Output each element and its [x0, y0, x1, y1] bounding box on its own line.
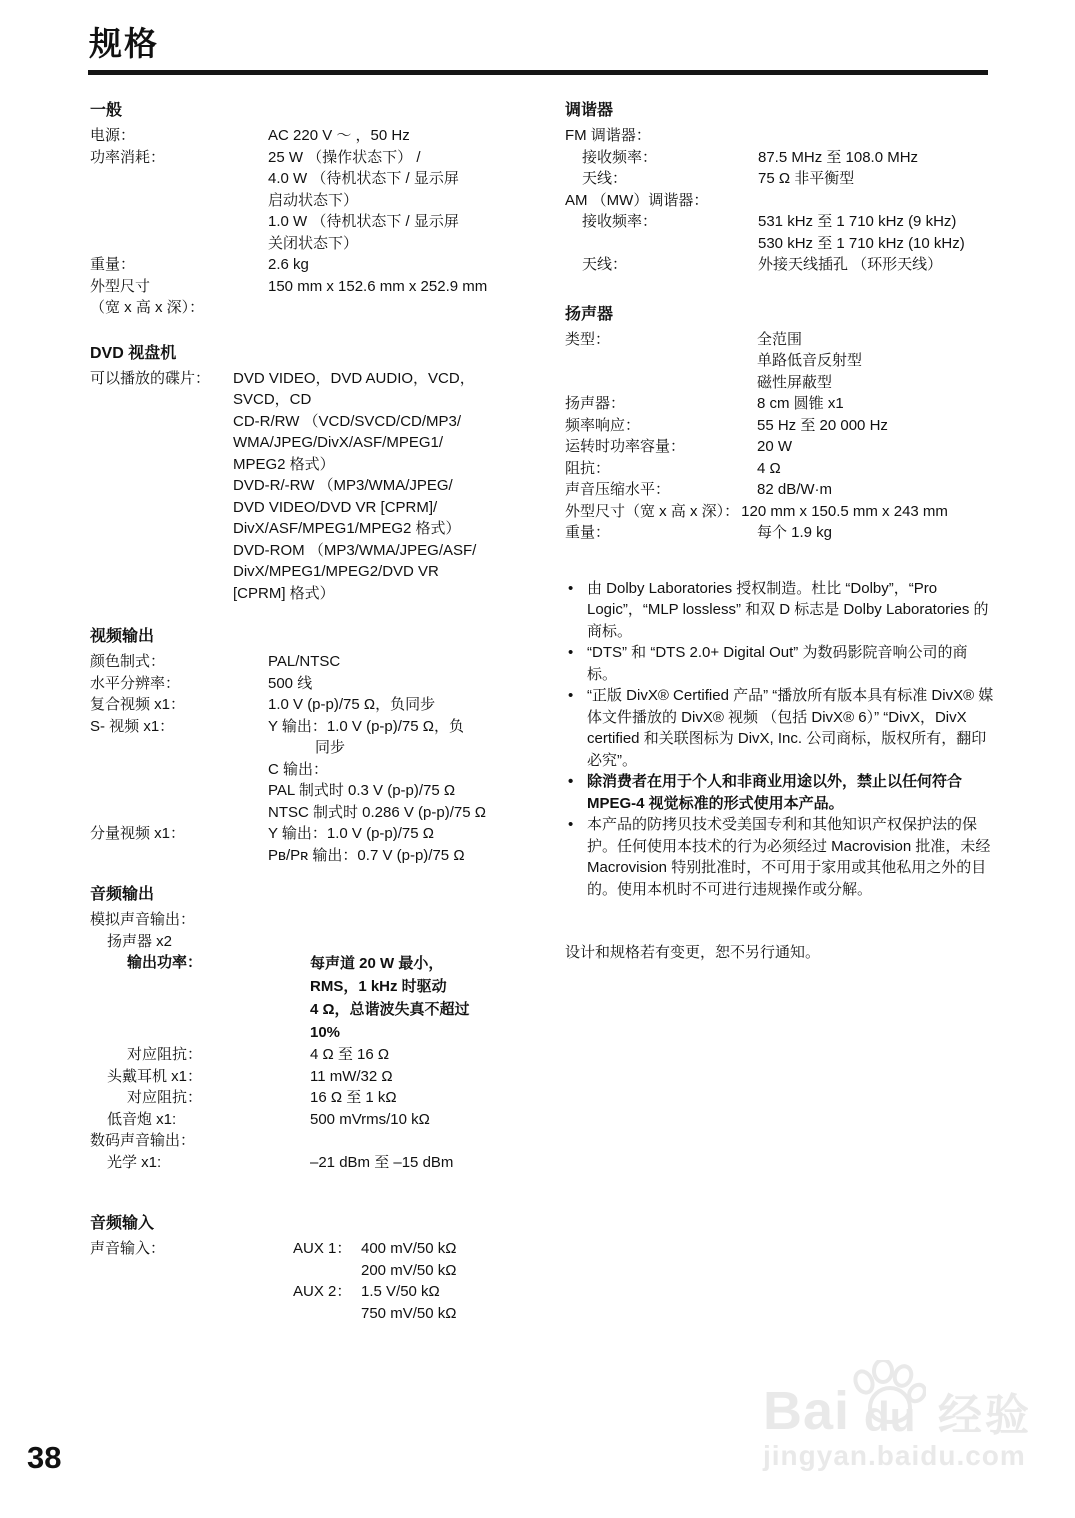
spec-value: DVD VIDEO，DVD AUDIO，VCD， SVCD，CD CD-R/RW… — [233, 368, 516, 605]
spec-value: 75 Ω 非平衡型 — [758, 168, 997, 190]
spec-label: 天线： — [565, 168, 758, 190]
spec-row: 输出功率： 每声道 20 W 最小， RMS，1 kHz 时驱动 4 Ω，总谐波… — [90, 952, 516, 1044]
aux-name: AUX 1： — [293, 1238, 361, 1260]
spec-label: AM （MW）调谐器： — [565, 190, 758, 212]
spec-row: 复合视频 x1： 1.0 V (p-p)/75 Ω，负同步 — [90, 694, 516, 716]
right-column: 调谐器 FM 调谐器： 接收频率： 87.5 MHz 至 108.0 MHz 天… — [565, 100, 997, 964]
spec-row: 天线： 75 Ω 非平衡型 — [565, 168, 997, 190]
spec-row: 扬声器： 8 cm 圆锥 x1 — [565, 393, 997, 415]
spec-label: 光学 x1: — [90, 1152, 310, 1174]
spec-label: S- 视频 x1： — [90, 716, 268, 738]
section-general: 一般 电源： AC 220 V ～ ，50 Hz 功率消耗： 25 W （操作状… — [90, 100, 516, 319]
spec-value: 4 Ω 至 16 Ω — [310, 1044, 516, 1066]
spec-row: FM 调谐器： — [565, 125, 997, 147]
spec-row: 数码声音输出： — [90, 1130, 516, 1152]
spec-label: 对应阻抗： — [90, 1087, 310, 1109]
spec-label: 数码声音输出： — [90, 1130, 310, 1152]
spec-row: 声音输入： AUX 1： 400 mV/50 kΩ 200 mV/50 kΩ A… — [90, 1238, 516, 1324]
spec-row: 对应阻抗： 16 Ω 至 1 kΩ — [90, 1087, 516, 1109]
spec-label: 频率响应： — [565, 415, 757, 437]
manual-page: 规格 一般 电源： AC 220 V ～ ，50 Hz 功率消耗： 25 W （… — [0, 0, 1075, 1518]
spec-value: 11 mW/32 Ω — [310, 1066, 516, 1088]
note-dolby: 由 Dolby Laboratories 授权制造。杜比 “Dolby”，“Pr… — [565, 578, 997, 643]
spec-value: AUX 1： 400 mV/50 kΩ 200 mV/50 kΩ AUX 2： … — [293, 1238, 516, 1324]
section-audio-output: 音频输出 模拟声音输出： 扬声器 x2 输出功率： 每声道 20 W 最小， R… — [90, 884, 516, 1173]
spec-row: 对应阻抗： 4 Ω 至 16 Ω — [90, 1044, 516, 1066]
spec-label: 类型： — [565, 329, 757, 351]
spec-row: 天线： 外接天线插孔 （环形天线） — [565, 254, 997, 276]
section-heading: 音频输出 — [90, 884, 516, 906]
watermark-url: jingyan.baidu.com — [763, 1445, 1032, 1467]
spec-value: 20 W — [757, 436, 997, 458]
spec-label: 头戴耳机 x1： — [90, 1066, 310, 1088]
note-mpeg4: 除消费者在用于个人和非商业用途以外，禁止以任何符合 MPEG-4 视觉标准的形式… — [565, 771, 997, 814]
spec-row: 模拟声音输出： — [90, 909, 516, 931]
spec-row: 颜色制式： PAL/NTSC — [90, 651, 516, 673]
spec-label: 分量视频 x1： — [90, 823, 268, 845]
spec-value: 外接天线插孔 （环形天线） — [758, 254, 997, 276]
spec-value: 120 mm x 150.5 mm x 243 mm — [741, 501, 997, 523]
section-heading: 音频输入 — [90, 1213, 516, 1235]
spec-label: 重量： — [565, 522, 757, 544]
baidu-jingyan-watermark: Bai du 经验 jingyan.baidu.com — [763, 1364, 1032, 1467]
spec-label: 阻抗： — [565, 458, 757, 480]
spec-label: 重量： — [90, 254, 268, 276]
spec-value: 每声道 20 W 最小， RMS，1 kHz 时驱动 4 Ω，总谐波失真不超过 … — [310, 952, 516, 1044]
spec-value: 1.0 V (p-p)/75 Ω，负同步 — [268, 694, 516, 716]
spec-label: 声音压缩水平： — [565, 479, 757, 501]
spec-row: 重量： 每个 1.9 kg — [565, 522, 997, 544]
spec-row: S- 视频 x1： Y 输出：1.0 V (p-p)/75 Ω，负 同步 C 输… — [90, 716, 516, 824]
spec-label: 扬声器 x2 — [90, 931, 310, 953]
section-video-output: 视频输出 颜色制式： PAL/NTSC 水平分辨率： 500 线 复合视频 x1… — [90, 626, 516, 866]
spec-value: Y 输出：1.0 V (p-p)/75 Ω Pʙ/Pʀ 输出：0.7 V (p-… — [268, 823, 516, 866]
spec-label: 运转时功率容量： — [565, 436, 757, 458]
spec-row: 光学 x1: –21 dBm 至 –15 dBm — [90, 1152, 516, 1174]
spec-value: 531 kHz 至 1 710 kHz (9 kHz) 530 kHz 至 1 … — [758, 211, 997, 254]
section-heading: DVD 视盘机 — [90, 343, 516, 365]
aux-row: AUX 1： 400 mV/50 kΩ 200 mV/50 kΩ — [293, 1238, 516, 1281]
spec-value: 25 W （操作状态下） / 4.0 W （待机状态下 / 显示屏 启动状态下）… — [268, 147, 516, 255]
watermark-brand-du: du — [864, 1396, 915, 1438]
spec-label: 声音输入： — [90, 1238, 293, 1260]
page-title: 规格 — [89, 24, 159, 64]
note-divx: “正版 DivX® Certified 产品” “播放所有版本具有标准 DivX… — [565, 685, 997, 771]
note-macrovision: 本产品的防拷贝技术受美国专利和其他知识产权保护法的保护。任何使用本技术的行为必须… — [565, 814, 997, 900]
spec-row: 声音压缩水平： 82 dB/W·m — [565, 479, 997, 501]
section-heading: 一般 — [90, 100, 516, 122]
spec-row: 可以播放的碟片： DVD VIDEO，DVD AUDIO，VCD， SVCD，C… — [90, 368, 516, 605]
spec-label: 低音炮 x1: — [90, 1109, 310, 1131]
spec-label: 外型尺寸 （宽 x 高 x 深）： — [90, 276, 268, 319]
spec-label: 外型尺寸（宽 x 高 x 深）： — [565, 501, 741, 523]
spec-row: 水平分辨率： 500 线 — [90, 673, 516, 695]
page-number: 38 — [27, 1447, 61, 1469]
spec-value: 全范围 单路低音反射型 磁性屏蔽型 — [757, 329, 997, 394]
spec-label: 对应阻抗： — [90, 1044, 310, 1066]
spec-label: 接收频率： — [565, 147, 758, 169]
spec-row: AM （MW）调谐器： — [565, 190, 997, 212]
spec-value: PAL/NTSC — [268, 651, 516, 673]
aux-row: AUX 2： 1.5 V/50 kΩ 750 mV/50 kΩ — [293, 1281, 516, 1324]
section-speakers: 扬声器 类型： 全范围 单路低音反射型 磁性屏蔽型 扬声器： 8 cm 圆锥 x… — [565, 304, 997, 544]
spec-label: 天线： — [565, 254, 758, 276]
spec-label: 复合视频 x1： — [90, 694, 268, 716]
spec-label: 输出功率： — [90, 952, 310, 974]
spec-row: 外型尺寸 （宽 x 高 x 深）： 150 mm x 152.6 mm x 25… — [90, 276, 516, 319]
spec-value: 每个 1.9 kg — [757, 522, 997, 544]
note-dts: “DTS” 和 “DTS 2.0+ Digital Out” 为数码影院音响公司… — [565, 642, 997, 685]
spec-row: 分量视频 x1： Y 输出：1.0 V (p-p)/75 Ω Pʙ/Pʀ 输出：… — [90, 823, 516, 866]
spec-label: 水平分辨率： — [90, 673, 268, 695]
spec-row: 接收频率： 87.5 MHz 至 108.0 MHz — [565, 147, 997, 169]
spec-row: 运转时功率容量： 20 W — [565, 436, 997, 458]
spec-row: 头戴耳机 x1： 11 mW/32 Ω — [90, 1066, 516, 1088]
watermark-brand-cn: 经验 — [938, 1394, 1032, 1438]
legal-notes: 由 Dolby Laboratories 授权制造。杜比 “Dolby”，“Pr… — [565, 578, 997, 901]
title-rule — [88, 70, 988, 75]
spec-value: 150 mm x 152.6 mm x 252.9 mm — [268, 276, 516, 298]
spec-label: 可以播放的碟片： — [90, 368, 233, 390]
spec-value: 8 cm 圆锥 x1 — [757, 393, 997, 415]
left-column: 一般 电源： AC 220 V ～ ，50 Hz 功率消耗： 25 W （操作状… — [90, 100, 516, 1324]
spec-label: 功率消耗： — [90, 147, 268, 169]
spec-value: 87.5 MHz 至 108.0 MHz — [758, 147, 997, 169]
spec-label: FM 调谐器： — [565, 125, 758, 147]
section-dvd-player: DVD 视盘机 可以播放的碟片： DVD VIDEO，DVD AUDIO，VCD… — [90, 343, 516, 605]
spec-label: 扬声器： — [565, 393, 757, 415]
spec-row: 类型： 全范围 单路低音反射型 磁性屏蔽型 — [565, 329, 997, 394]
spec-row: 外型尺寸（宽 x 高 x 深）： 120 mm x 150.5 mm x 243… — [565, 501, 997, 523]
spec-value: AC 220 V ～ ，50 Hz — [268, 125, 516, 147]
spec-row: 功率消耗： 25 W （操作状态下） / 4.0 W （待机状态下 / 显示屏 … — [90, 147, 516, 255]
spec-value: 16 Ω 至 1 kΩ — [310, 1087, 516, 1109]
spec-row: 电源： AC 220 V ～ ，50 Hz — [90, 125, 516, 147]
spec-value: 55 Hz 至 20 000 Hz — [757, 415, 997, 437]
spec-value: Y 输出：1.0 V (p-p)/75 Ω，负 同步 C 输出： PAL 制式时… — [268, 716, 516, 824]
spec-label: 颜色制式： — [90, 651, 268, 673]
spec-row: 扬声器 x2 — [90, 931, 516, 953]
spec-row: 重量： 2.6 kg — [90, 254, 516, 276]
spec-value: 2.6 kg — [268, 254, 516, 276]
spec-value: 4 Ω — [757, 458, 997, 480]
spec-value: 500 线 — [268, 673, 516, 695]
section-audio-input: 音频输入 声音输入： AUX 1： 400 mV/50 kΩ 200 mV/50… — [90, 1213, 516, 1324]
spec-row: 接收频率： 531 kHz 至 1 710 kHz (9 kHz) 530 kH… — [565, 211, 997, 254]
spec-row: 阻抗： 4 Ω — [565, 458, 997, 480]
section-heading: 调谐器 — [565, 100, 997, 122]
spec-value: 82 dB/W·m — [757, 479, 997, 501]
section-heading: 视频输出 — [90, 626, 516, 648]
spec-row: 频率响应： 55 Hz 至 20 000 Hz — [565, 415, 997, 437]
spec-label: 电源： — [90, 125, 268, 147]
section-tuner: 调谐器 FM 调谐器： 接收频率： 87.5 MHz 至 108.0 MHz 天… — [565, 100, 997, 276]
spec-row: 低音炮 x1: 500 mVrms/10 kΩ — [90, 1109, 516, 1131]
design-change-note: 设计和规格若有变更，恕不另行通知。 — [565, 942, 997, 964]
aux-name: AUX 2： — [293, 1281, 361, 1303]
spec-value: –21 dBm 至 –15 dBm — [310, 1152, 516, 1174]
watermark-brand-bai: Bai — [763, 1384, 850, 1438]
spec-label: 模拟声音输出： — [90, 909, 310, 931]
section-heading: 扬声器 — [565, 304, 997, 326]
spec-value: 500 mVrms/10 kΩ — [310, 1109, 516, 1131]
spec-label: 接收频率： — [565, 211, 758, 233]
